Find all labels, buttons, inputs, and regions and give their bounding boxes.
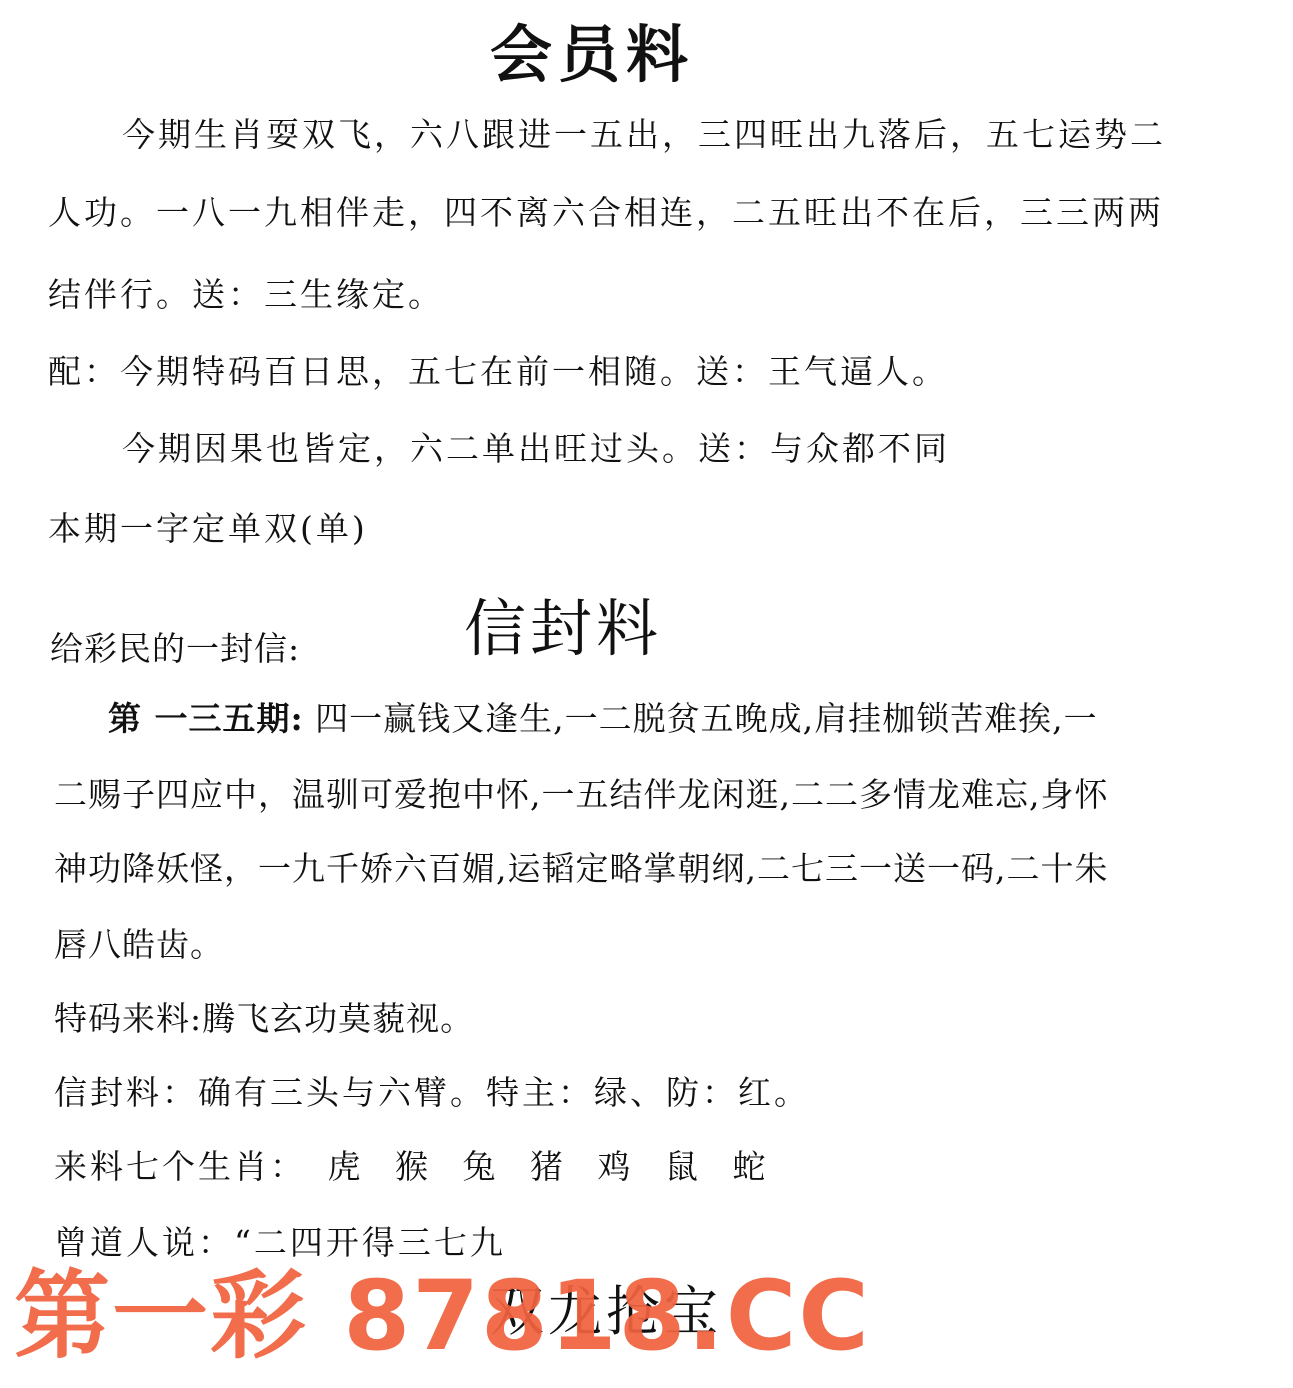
pei-line: 配：今期特码百日思，五七在前一相随。送：王气逼人。 [48, 355, 948, 388]
zodiac-animal: 蛇 [733, 1147, 769, 1186]
zodiac-animal: 兔 [463, 1147, 499, 1186]
envelope-line: 信封料：确有三头与六臂。特主：绿、防：红。 [54, 1076, 810, 1109]
issue-label: 第 一三五期: [108, 699, 304, 738]
zodiac-label: 来料七个生肖： [54, 1147, 306, 1186]
karma-line: 今期因果也皆定，六二单出旺过头。送：与众都不同 [122, 432, 950, 465]
zodiac-animal: 鼠 [665, 1147, 701, 1186]
special-code-line: 特码来料:腾飞玄功莫藐视。 [54, 1002, 474, 1035]
envelope-paragraph-text-1: 四一赢钱又逢生,一二脱贫五晚成,肩挂枷锁苦难挨,一 [315, 699, 1097, 738]
envelope-paragraph-line-4: 唇八皓齿。 [54, 928, 224, 961]
member-paragraph-line-1: 今期生肖耍双飞，六八跟进一五出，三四旺出九落后，五七运势二 [122, 118, 1166, 151]
taoist-line: 曾道人说：“二四开得三七九 [54, 1226, 506, 1259]
member-paragraph-line-3: 结伴行。送：三生缘定。 [48, 278, 444, 311]
zodiac-animal: 虎 [328, 1147, 364, 1186]
zodiac-animal: 猪 [530, 1147, 566, 1186]
zodiac-line: 来料七个生肖： 虎 猴 兔 猪 鸡 鼠 蛇 [54, 1150, 787, 1183]
zodiac-animal: 猴 [395, 1147, 431, 1186]
document-page: 会员料 今期生肖耍双飞，六八跟进一五出，三四旺出九落后，五七运势二 人功。一八一… [0, 0, 1293, 1388]
member-section-title: 会员料 [490, 24, 694, 86]
odd-even-line: 本期一字定单双(单) [48, 512, 368, 545]
member-paragraph-line-2: 人功。一八一九相伴走，四不离六合相连，二五旺出不在后，三三两两 [48, 196, 1164, 229]
zodiac-animal: 鸡 [598, 1147, 634, 1186]
letter-label: 给彩民的一封信: [50, 632, 300, 665]
envelope-section-title: 信封料 [464, 598, 662, 660]
envelope-paragraph-line-1: 第 一三五期: 四一赢钱又逢生,一二脱贫五晚成,肩挂枷锁苦难挨,一 [108, 702, 1098, 735]
site-watermark: 第一彩 87818.CC [14, 1268, 871, 1364]
envelope-paragraph-line-2: 二赐子四应中，温驯可爱抱中怀,一五结伴龙闲逛,二二多情龙难忘,身怀 [54, 778, 1108, 811]
envelope-paragraph-line-3: 神功降妖怪，一九千娇六百媚,运韬定略掌朝纲,二七三一送一码,二十朱 [54, 852, 1108, 885]
